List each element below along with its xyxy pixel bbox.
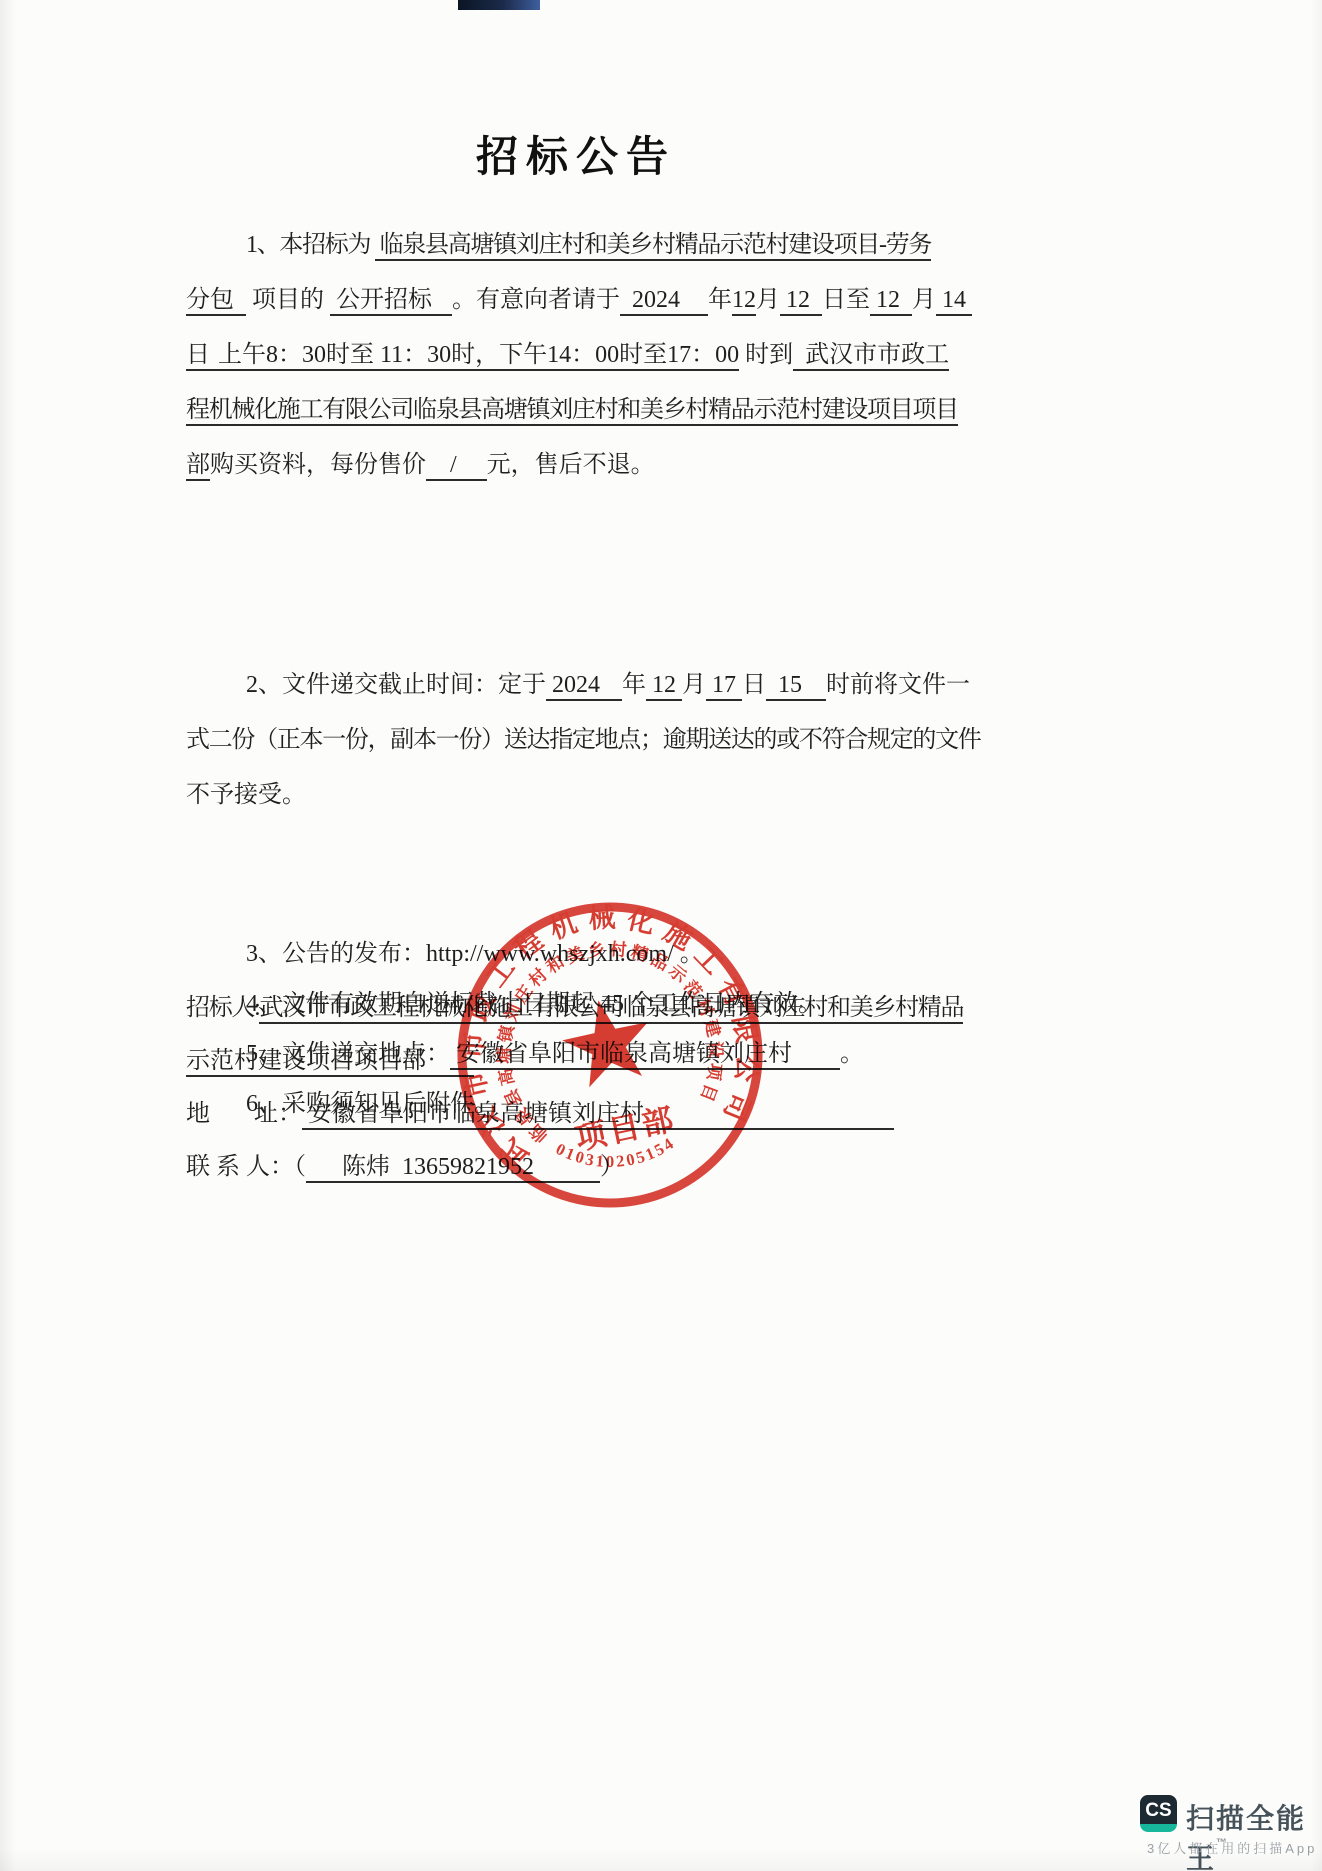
text-line: 2、文件递交截止时间：定于 2024 年 12 月 17 日 15 时前将文件一 bbox=[186, 658, 978, 713]
page-title: 招标公告 bbox=[0, 124, 1152, 184]
fill-in-blank-value: 17 bbox=[706, 672, 742, 701]
fill-in-blank-value: 上午8：30时至 11：30时，下午14：00时至17：00 bbox=[218, 342, 739, 371]
fill-in-blank-value: 公开招标 bbox=[330, 287, 452, 316]
text-segment: 月 bbox=[682, 672, 706, 698]
fill-in-blank-value: 12 bbox=[870, 287, 912, 316]
fill-in-blank-value: 2024 bbox=[620, 287, 708, 316]
text-segment: 时前将文件一 bbox=[826, 672, 970, 698]
main-paragraphs: 1、本招标为 临泉县高塘镇刘庄村和美乡村精品示范村建设项目-劳务分包 项目的 公… bbox=[186, 218, 978, 493]
scan-artifact-mark bbox=[458, 0, 540, 10]
official-red-seal: 武汉市市政工程机械化施工有限公司 临泉县高塘镇刘庄村和美乡村精品示范村建设项目 … bbox=[414, 859, 805, 1250]
fill-in-blank-value: 部 bbox=[186, 452, 210, 481]
document-page: 招标公告 1、本招标为 临泉县高塘镇刘庄村和美乡村精品示范村建设项目-劳务分包 … bbox=[0, 0, 1322, 1871]
text-segment: 不予接受。 bbox=[186, 782, 306, 808]
text-segment: 2、文件递交截止时间：定于 bbox=[246, 672, 546, 698]
text-segment: 联 系 人：（ bbox=[186, 1154, 306, 1180]
fill-in-blank-value: 示范村建设项目项目部 bbox=[186, 1048, 474, 1077]
seal-star-icon bbox=[556, 991, 659, 1091]
text-segment: 元，售后不退。 bbox=[487, 452, 655, 478]
camscanner-logo-icon: CS bbox=[1140, 1795, 1177, 1832]
fill-in-blank-value: 15 bbox=[766, 672, 826, 701]
fill-in-blank-value: 12 bbox=[646, 672, 682, 701]
fill-in-blank-value: 日 bbox=[186, 342, 218, 371]
text-line: 1、本招标为 临泉县高塘镇刘庄村和美乡村精品示范村建设项目-劳务 bbox=[186, 218, 978, 273]
text-segment: 月 bbox=[756, 287, 780, 313]
text-line: 式二份（正本一份，副本一份）送达指定地点；逾期送达的或不符合规定的文件 bbox=[186, 713, 978, 768]
camscanner-tagline: 3亿人都在用的扫描App bbox=[1147, 1838, 1317, 1857]
fill-in-blank-value: 临泉县高塘镇刘庄村和美乡村精品示范村建设项目-劳务 bbox=[375, 232, 931, 261]
fill-in-blank-value: / bbox=[426, 452, 487, 481]
deadline-paragraph: 2、文件递交截止时间：定于 2024 年 12 月 17 日 15 时前将文件一… bbox=[186, 658, 978, 823]
text-segment: 购买资料，每份售价 bbox=[210, 452, 426, 478]
text-segment: 月 bbox=[912, 287, 936, 313]
fill-in-blank-value: 武汉市市政工 bbox=[793, 342, 949, 371]
text-line: 程机械化施工有限公司临泉县高塘镇刘庄村和美乡村精品示范村建设项目项目 bbox=[186, 383, 978, 438]
text-segment: 年 bbox=[622, 672, 646, 698]
fill-in-blank-value: 程机械化施工有限公司临泉县高塘镇刘庄村和美乡村精品示范村建设项目项目 bbox=[186, 397, 958, 426]
camscanner-brand-text: 扫描全能王™ bbox=[1186, 1797, 1322, 1871]
text-line: 部购买资料，每份售价 / 元，售后不退。 bbox=[186, 438, 978, 493]
fill-in-blank-value: 12 bbox=[780, 287, 822, 316]
fill-in-blank-value: 14 bbox=[936, 287, 972, 316]
camscanner-brand-name: 扫描全能王 bbox=[1186, 1803, 1306, 1871]
text-segment: 1、本招标为 bbox=[246, 232, 375, 258]
fill-in-blank-value: 分包 bbox=[186, 287, 246, 316]
text-segment: 年 bbox=[708, 287, 732, 313]
text-segment: 时到 bbox=[739, 342, 793, 368]
text-segment: 式二份（正本一份，副本一份）送达指定地点；逾期送达的或不符合规定的文件 bbox=[186, 727, 981, 753]
text-segment: 招标人: bbox=[186, 995, 259, 1021]
text-line: 分包 项目的 公开招标 。有意向者请于 2024 年12月 12 日至 12 月… bbox=[186, 273, 978, 328]
text-segment: 项目的 bbox=[246, 287, 330, 313]
text-segment: 日 bbox=[742, 672, 766, 698]
text-segment: 址： bbox=[254, 1101, 302, 1127]
text-segment: 。有意向者请于 bbox=[452, 287, 620, 313]
fill-in-blank-value: 12 bbox=[732, 287, 756, 316]
fill-in-blank-value: 2024 bbox=[546, 672, 622, 701]
text-line: 不予接受。 bbox=[186, 768, 978, 823]
text-segment: 地 bbox=[186, 1101, 254, 1127]
text-line: 日上午8：30时至 11：30时，下午14：00时至17：00 时到 武汉市市政… bbox=[186, 328, 978, 383]
text-segment: 日至 bbox=[822, 287, 870, 313]
